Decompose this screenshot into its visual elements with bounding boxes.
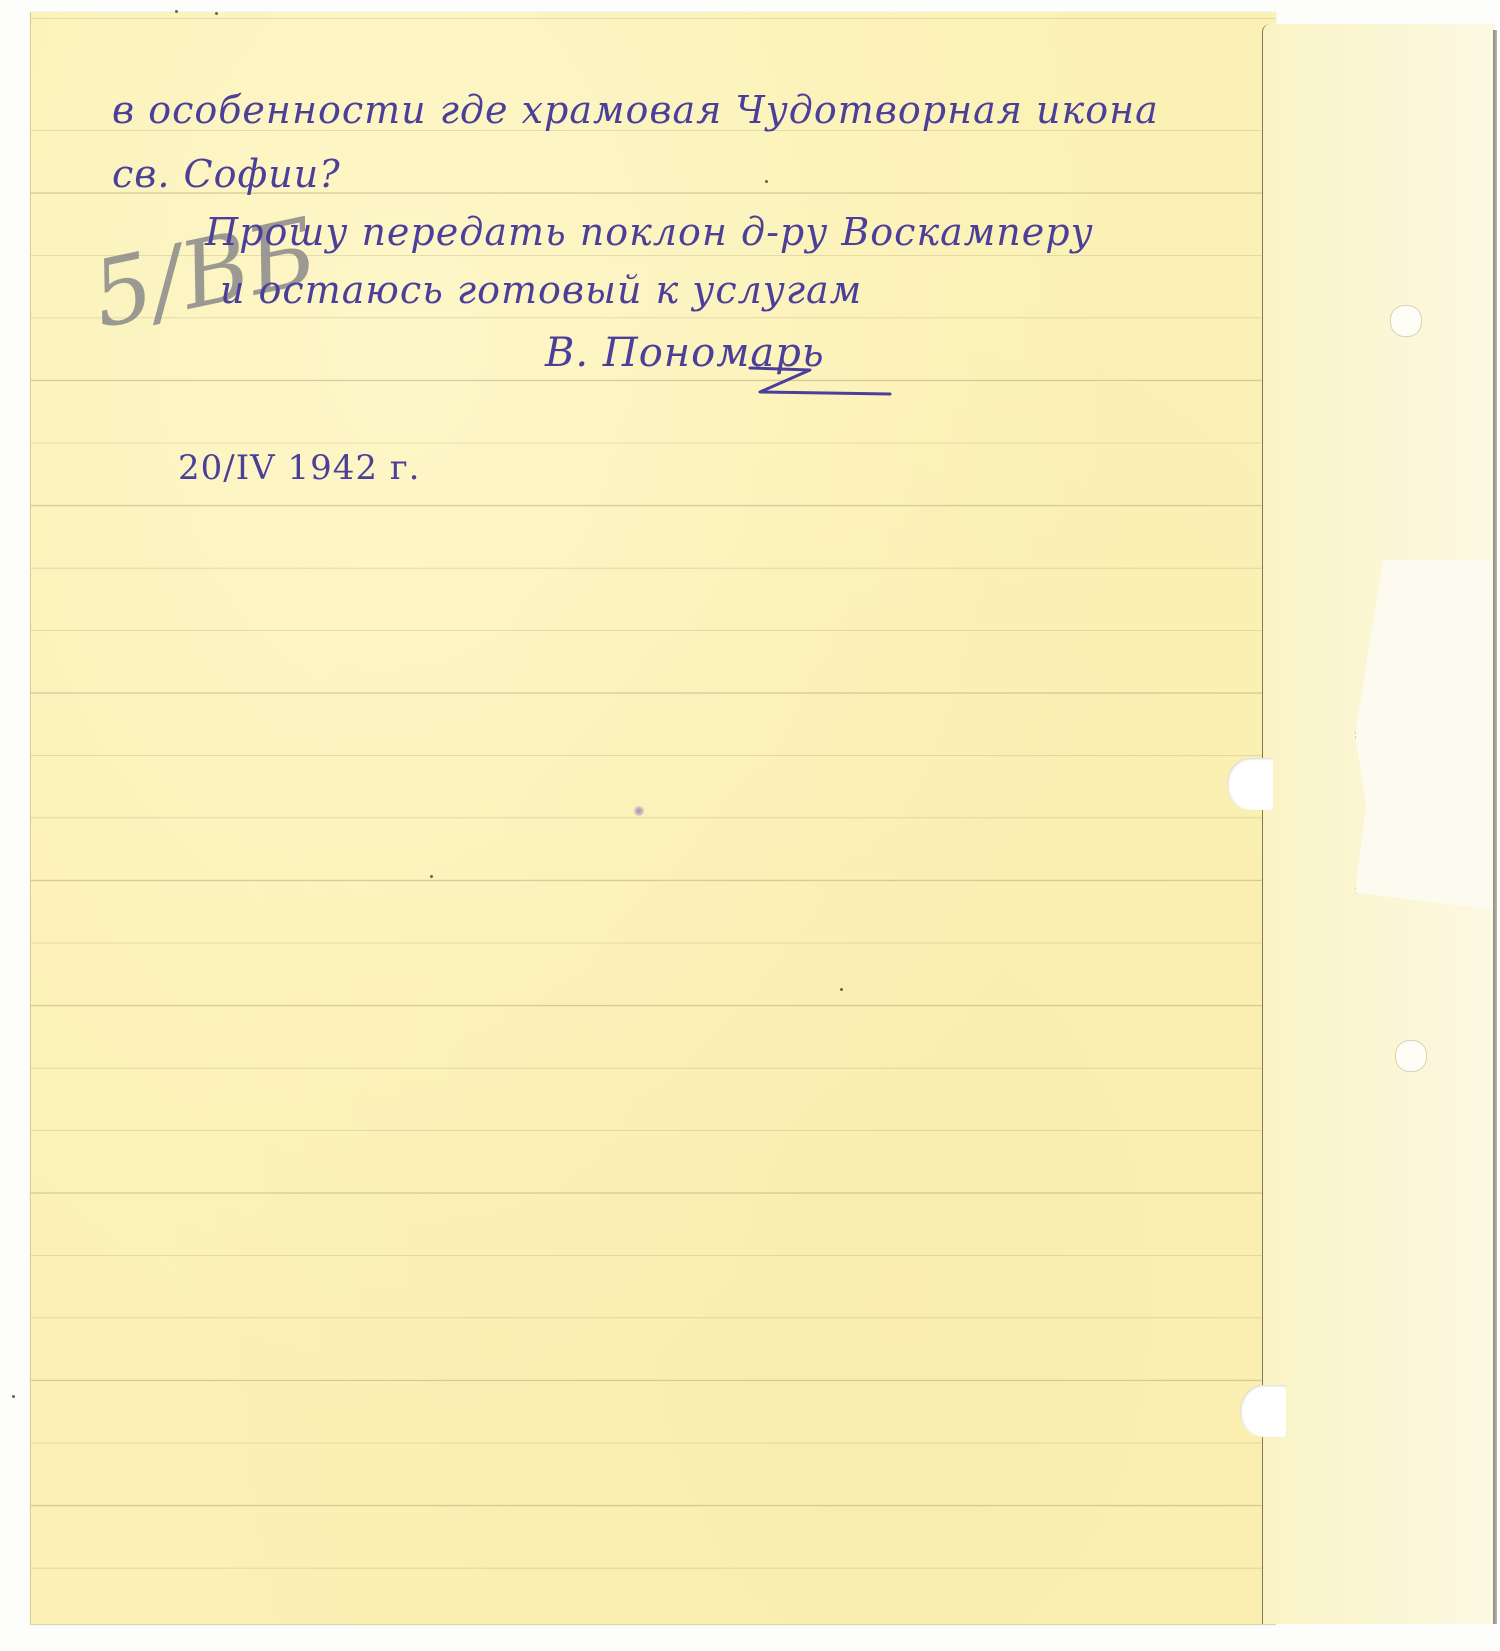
paper-speck <box>215 12 218 15</box>
paper-speck <box>765 180 768 183</box>
paper-speck <box>430 875 433 878</box>
letter-line-4: и остаюсь готовый к услугам <box>220 268 862 312</box>
letter-line-3: Прошу передать поклон д-ру Воскамперу <box>205 210 1094 254</box>
ink-blot <box>634 806 644 816</box>
torn-paper-area <box>1355 560 1496 910</box>
strip-hole-middle <box>1395 1040 1427 1072</box>
signature-flourish <box>740 360 900 400</box>
page-edge-shadow <box>1493 30 1497 1624</box>
paper-speck <box>12 1395 15 1398</box>
punch-hole-upper <box>1227 758 1273 810</box>
letter-date: 20/IV 1942 г. <box>178 448 420 488</box>
letter-line-1: в особенности где храмовая Чудотворная и… <box>112 88 1159 132</box>
letter-line-2: св. Софии? <box>112 152 341 196</box>
paper-speck <box>175 10 178 13</box>
paper-speck <box>840 988 843 991</box>
punch-hole-lower <box>1240 1385 1286 1437</box>
strip-hole-top <box>1390 305 1422 337</box>
scanned-document: 5/ВБ в особенности где храмовая Чудотвор… <box>0 0 1500 1651</box>
